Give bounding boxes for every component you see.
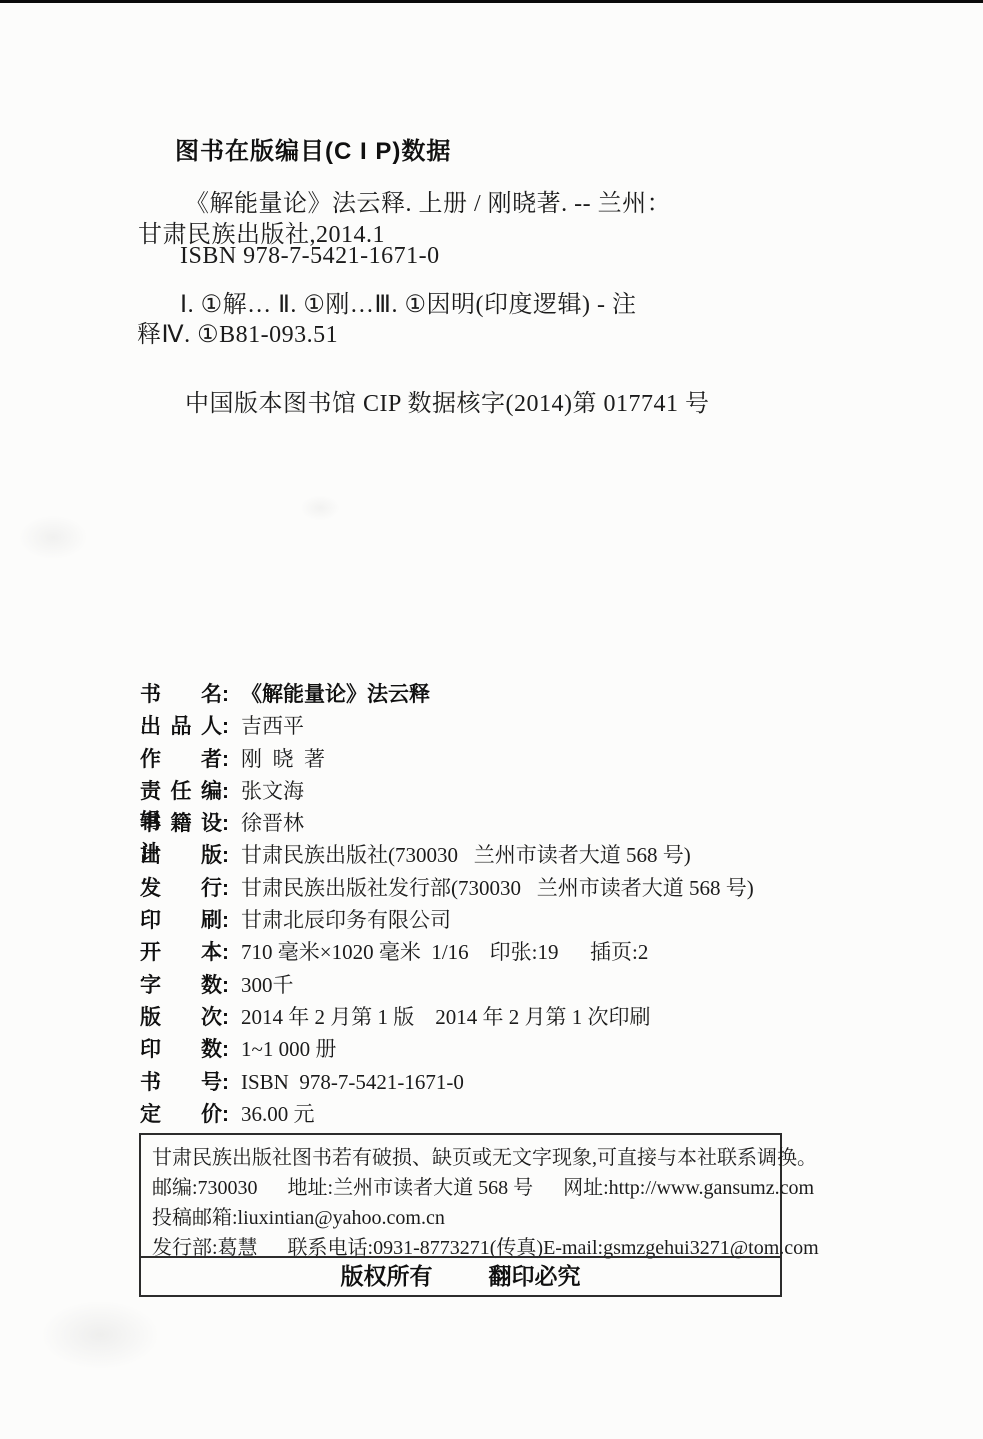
- row-separator: :: [222, 812, 229, 836]
- colophon-row-printer: 印刷:甘肃北辰印务有限公司: [140, 904, 754, 936]
- postcode-address-website-line: 邮编:730030 地址:兰州市读者大道 568 号 网址:http://www…: [152, 1171, 814, 1200]
- row-separator: :: [222, 909, 229, 933]
- row-value: 36.00 元: [241, 1098, 315, 1128]
- colophon-row-producer: 出品人:吉西平: [140, 710, 754, 742]
- row-separator: :: [222, 748, 229, 772]
- row-label: 出品人: [140, 710, 222, 740]
- row-label: 书号: [140, 1066, 222, 1096]
- row-separator: :: [222, 683, 229, 707]
- cip-classification-line-2: 释Ⅳ. ①B81-093.51: [137, 314, 338, 349]
- row-label: 开本: [140, 936, 222, 966]
- cip-title-line: 《解能量论》法云释. 上册 / 刚晓著. -- 兰州：: [185, 183, 671, 218]
- row-label: 出版: [140, 839, 222, 869]
- copyright-statement: 版权所有翻印必究: [141, 1258, 780, 1295]
- scan-smudge: [300, 495, 340, 521]
- colophon-row-format: 开本:710 毫米×1020 毫米 1/16 印张:19 插页:2: [140, 936, 754, 968]
- row-separator: :: [222, 974, 229, 998]
- row-label: 版次: [140, 1001, 222, 1031]
- colophon-row-author: 作者:刚 晓 著: [140, 743, 754, 775]
- cip-record-number: 中国版本图书馆 CIP 数据核字(2014)第 017741 号: [185, 383, 709, 418]
- row-value: 吉西平: [241, 710, 304, 740]
- book-copyright-page: 图书在版编目(C I P)数据 《解能量论》法云释. 上册 / 刚晓著. -- …: [0, 0, 983, 1439]
- row-value: 甘肃民族出版社发行部(730030 兰州市读者大道 568 号): [241, 872, 754, 902]
- colophon-row-title: 书名:《解能量论》法云释: [140, 678, 754, 710]
- row-value: 甘肃民族出版社(730030 兰州市读者大道 568 号): [241, 839, 691, 869]
- colophon-row-publisher: 出版:甘肃民族出版社(730030 兰州市读者大道 568 号): [140, 839, 754, 871]
- scan-smudge: [40, 1300, 160, 1370]
- row-label: 印刷: [140, 904, 222, 934]
- row-label: 定价: [140, 1098, 222, 1128]
- submission-email-line: 投稿邮箱:liuxintian@yahoo.com.cn: [152, 1201, 445, 1230]
- colophon-row-wordcount: 字数:300千: [140, 969, 754, 1001]
- row-separator: :: [222, 1071, 229, 1095]
- row-label: 字数: [140, 969, 222, 999]
- row-separator: :: [222, 1103, 229, 1127]
- colophon-row-distributor: 发行:甘肃民族出版社发行部(730030 兰州市读者大道 568 号): [140, 872, 754, 904]
- row-value: 甘肃北辰印务有限公司: [241, 904, 451, 934]
- row-value: 1~1 000 册: [241, 1033, 336, 1063]
- colophon-row-edition: 版次:2014 年 2 月第 1 版 2014 年 2 月第 1 次印刷: [140, 1001, 754, 1033]
- cip-isbn-line: ISBN 978-7-5421-1671-0: [180, 243, 440, 270]
- colophon-row-price: 定价:36.00 元: [140, 1098, 754, 1130]
- exchange-notice-line: 甘肃民族出版社图书若有破损、缺页或无文字现象,可直接与本社联系调换。: [152, 1141, 817, 1170]
- colophon-row-printrun: 印数:1~1 000 册: [140, 1033, 754, 1065]
- row-value: 张文海: [241, 775, 304, 805]
- row-label: 书名: [140, 678, 222, 708]
- row-value: 2014 年 2 月第 1 版 2014 年 2 月第 1 次印刷: [241, 1001, 651, 1031]
- colophon-row-designer: 书籍设计:徐晋林: [140, 807, 754, 839]
- copyright-statement-right: 翻印必究: [489, 1258, 581, 1295]
- scan-artifact-top-strip: [0, 0, 983, 3]
- row-label: 印数: [140, 1033, 222, 1063]
- row-separator: :: [222, 941, 229, 965]
- row-label: 发行: [140, 872, 222, 902]
- copyright-statement-left: 版权所有: [341, 1258, 433, 1295]
- row-label: 作者: [140, 743, 222, 773]
- colophon-row-editor: 责任编辑:张文海: [140, 775, 754, 807]
- row-value: 徐晋林: [241, 807, 304, 837]
- contact-notice-box: 甘肃民族出版社图书若有破损、缺页或无文字现象,可直接与本社联系调换。 邮编:73…: [139, 1133, 782, 1297]
- row-separator: :: [222, 1006, 229, 1030]
- row-value: ISBN 978-7-5421-1671-0: [241, 1070, 464, 1095]
- row-separator: :: [222, 844, 229, 868]
- row-value: 710 毫米×1020 毫米 1/16 印张:19 插页:2: [241, 936, 648, 966]
- colophon-list: 书名:《解能量论》法云释 出品人:吉西平 作者:刚 晓 著 责任编辑:张文海 书…: [140, 678, 754, 1130]
- row-value: 《解能量论》法云释: [241, 678, 430, 708]
- colophon-row-isbn: 书号:ISBN 978-7-5421-1671-0: [140, 1066, 754, 1098]
- row-value: 刚 晓 著: [241, 743, 325, 773]
- row-separator: :: [222, 780, 229, 804]
- row-separator: :: [222, 715, 229, 739]
- cip-heading: 图书在版编目(C I P)数据: [175, 131, 451, 166]
- scan-smudge: [18, 515, 88, 560]
- row-value: 300千: [241, 969, 294, 999]
- row-separator: :: [222, 877, 229, 901]
- row-separator: :: [222, 1038, 229, 1062]
